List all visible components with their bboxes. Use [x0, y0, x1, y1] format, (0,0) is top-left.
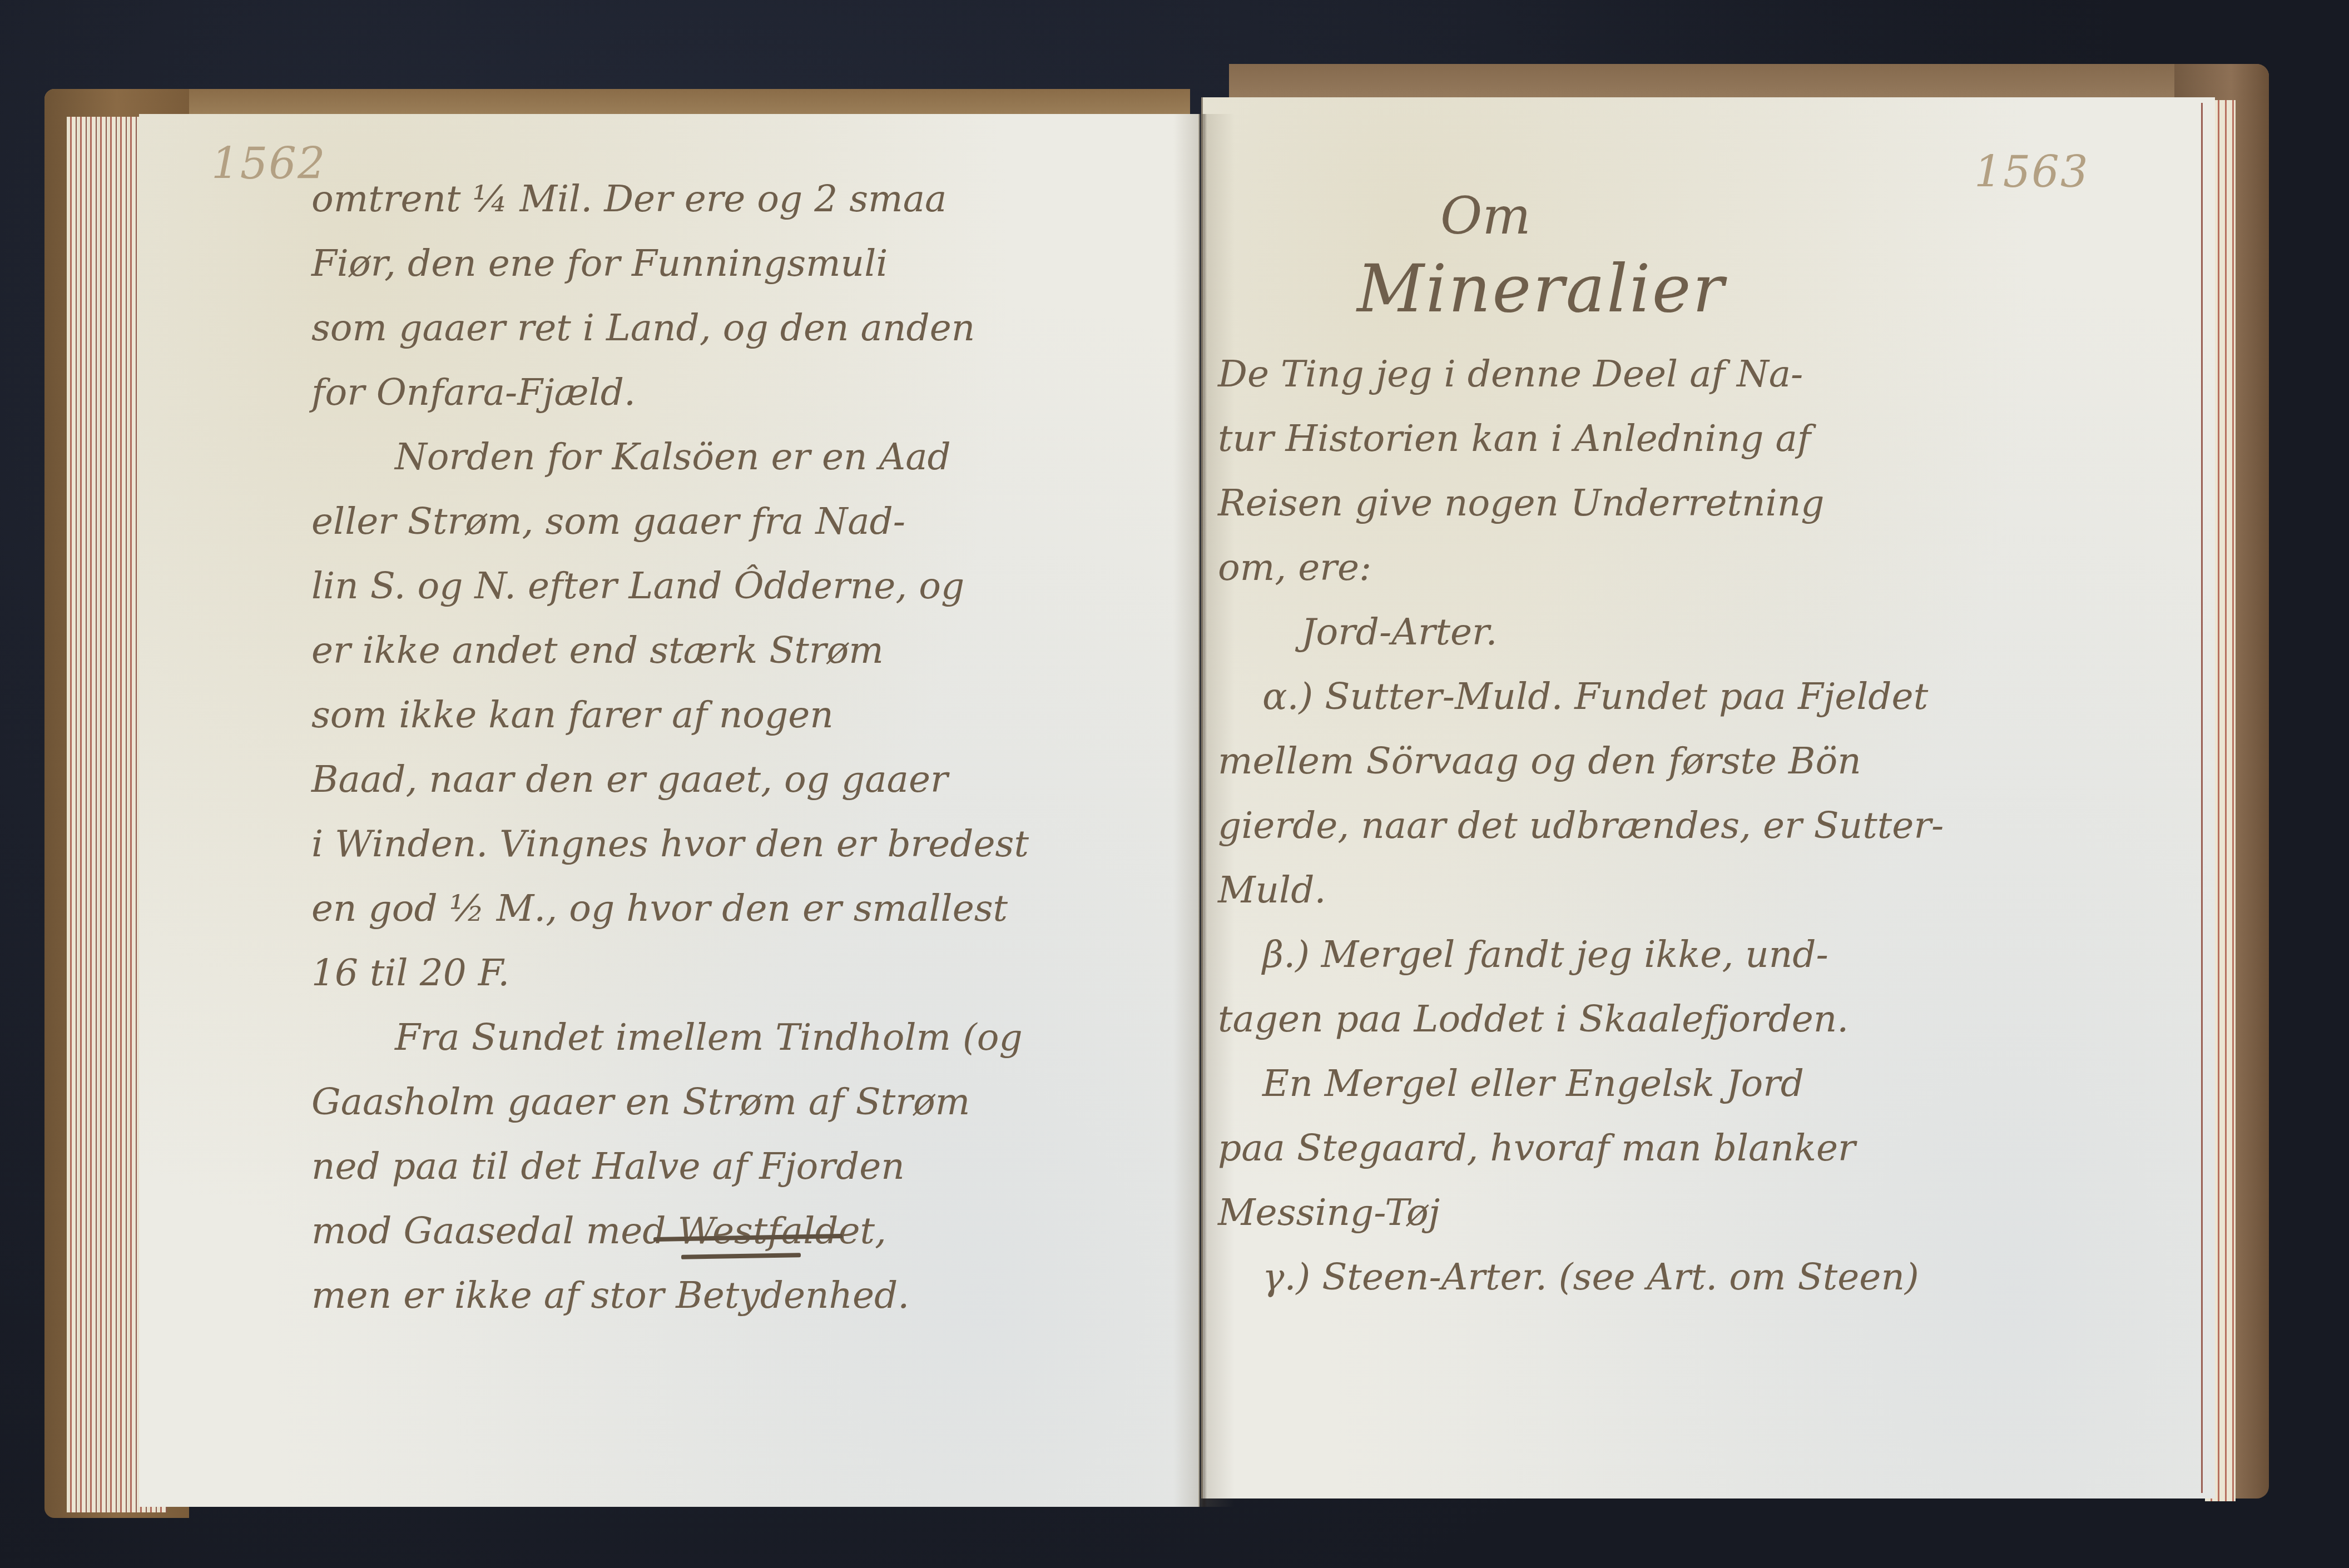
right-page-number: 1563 — [1974, 147, 2089, 197]
text-line: Messing-Tøj — [1218, 1180, 1944, 1245]
text-line: mod Gaasedal med Westfaldet, — [311, 1199, 1029, 1263]
text-line: Norden for Kalsöen er en Aad — [311, 425, 1029, 489]
text-line: eller Strøm, som gaaer fra Nad- — [311, 489, 1029, 554]
text-line: Baad, naar den er gaaet, og gaaer — [311, 747, 1029, 812]
text-line: en god ½ M., og hvor den er smallest — [311, 876, 1029, 941]
text-line: mellem Sörvaag og den første Bön — [1218, 729, 1944, 793]
text-line: β.) Mergel fandt jeg ikke, und- — [1218, 922, 1944, 987]
subheading-jord-arter: Jord-Arter. — [1218, 600, 1944, 664]
text-line: tur Historien kan i Anledning af — [1218, 406, 1944, 471]
text-line: 16 til 20 F. — [311, 941, 1029, 1005]
left-page-number: 1562 — [211, 139, 326, 189]
text-line: lin S. og N. efter Land Ôdderne, og — [311, 554, 1029, 618]
text-line: om, ere: — [1218, 535, 1944, 600]
chapter-heading-om: Om — [1440, 186, 1531, 246]
text-line: tagen paa Loddet i Skaalefjorden. — [1218, 987, 1944, 1051]
text-line: for Onfara-Fjæld. — [311, 360, 1029, 425]
text-line: ned paa til det Halve af Fjorden — [311, 1134, 1029, 1199]
text-line: er ikke andet end stærk Strøm — [311, 618, 1029, 683]
chapter-heading-mineralier: Mineralier — [1357, 250, 1726, 327]
right-page-text: De Ting jeg i denne Deel af Na- tur Hist… — [1218, 342, 1944, 1309]
left-page-text: omtrent ¼ Mil. Der ere og 2 smaa Fiør, d… — [311, 167, 1029, 1328]
text-line: α.) Sutter-Muld. Fundet paa Fjeldet — [1218, 664, 1944, 729]
text-line: Fiør, den ene for Funningsmuli — [311, 231, 1029, 296]
text-line: γ.) Steen-Arter. (see Art. om Steen) — [1218, 1245, 1944, 1309]
text-line: paa Stegaard, hvoraf man blanker — [1218, 1116, 1944, 1180]
text-line: som ikke kan farer af nogen — [311, 683, 1029, 747]
text-line: men er ikke af stor Betydenhed. — [311, 1263, 1029, 1328]
text-line: Gaasholm gaaer en Strøm af Strøm — [311, 1070, 1029, 1134]
text-line: Fra Sundet imellem Tindholm (og — [311, 1005, 1029, 1070]
text-line: De Ting jeg i denne Deel af Na- — [1218, 342, 1944, 406]
text-line: som gaaer ret i Land, og den anden — [311, 296, 1029, 360]
text-line: Muld. — [1218, 858, 1944, 922]
text-line: Reisen give nogen Underretning — [1218, 471, 1944, 535]
text-line: gierde, naar det udbrændes, er Sutter- — [1218, 793, 1944, 858]
text-line: En Mergel eller Engelsk Jord — [1218, 1051, 1944, 1116]
text-line: omtrent ¼ Mil. Der ere og 2 smaa — [311, 167, 1029, 231]
text-line: i Winden. Vingnes hvor den er bredest — [311, 812, 1029, 876]
